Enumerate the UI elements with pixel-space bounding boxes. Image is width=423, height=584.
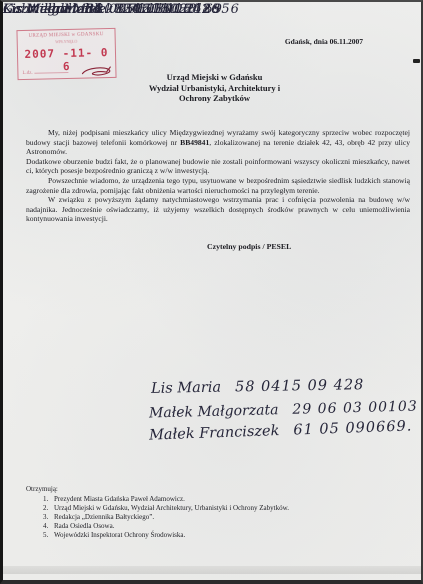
addressee-line-2: Wydział Urbanistyki, Architektury i <box>3 83 423 94</box>
signer-pesel: 54.09.0208088 <box>85 2 197 17</box>
signature-row: Małek Małgorzata29 06 03 00103 <box>149 398 418 421</box>
addressee-block: Urząd Miejski w Gdańsku Wydział Urbanist… <box>3 72 423 104</box>
distribution-item: Rada Osiedla Osowa. <box>50 522 289 531</box>
signature-row: Małek Franciszek61 05 090669. <box>149 418 413 443</box>
letter-dateline: Gdańsk, dnia 06.11.2007 <box>285 37 363 46</box>
signer-pesel: 61 05 090669. <box>293 418 413 438</box>
body-paragraph-4: W związku z powyższym żądamy natychmiast… <box>26 195 410 224</box>
body-paragraph-3: Powszechnie wiadomo, że urządzenia tego … <box>26 176 410 195</box>
signature-row: Lis Wiktor54.09.0208088 <box>3 2 197 17</box>
signature-row: Lis Maria58 0415 09 428 <box>151 377 365 397</box>
distribution-item: Prezydent Miasta Gdańska Paweł Adamowicz… <box>50 495 289 504</box>
addressee-line-3: Ochrony Zabytków <box>3 93 423 104</box>
signer-pesel: 29 06 03 00103 <box>292 398 418 417</box>
stamp-received-label: WPŁYNĘŁO <box>18 38 115 45</box>
signer-pesel: 58 0415 09 428 <box>235 377 365 395</box>
distribution-heading: Otrzymują: <box>26 485 289 494</box>
signer-name: Lis Maria <box>151 380 221 397</box>
scan-bottom-shadow <box>3 566 421 574</box>
distribution-list: Otrzymują: Prezydent Miasta Gdańska Pawe… <box>26 485 289 540</box>
station-number: BB49841 <box>180 138 209 147</box>
distribution-items: Prezydent Miasta Gdańska Paweł Adamowicz… <box>26 495 289 540</box>
signer-name: Małek Małgorzata <box>149 402 279 421</box>
addressee-line-1: Urząd Miejski w Gdańsku <box>3 72 423 83</box>
distribution-item: Urząd Miejski w Gdańsku, Wydział Archite… <box>50 504 289 513</box>
scanned-letter-page: URZĄD MIEJSKI w GDAŃSKU WPŁYNĘŁO 2007 -1… <box>0 0 423 584</box>
distribution-item: Wojewódzki Inspektorat Ochrony Środowisk… <box>50 531 289 540</box>
body-paragraph-1: My, niżej podpisani mieszkańcy ulicy Mię… <box>26 128 410 157</box>
letter-body: My, niżej podpisani mieszkańcy ulicy Mię… <box>26 128 410 224</box>
scan-edge-artifact <box>413 59 420 63</box>
body-paragraph-2: Dodatkowe oburzenie budzi fakt, że o pla… <box>26 157 410 176</box>
distribution-item: Redakcja „Dziennika Bałtyckiego”. <box>50 513 289 522</box>
signature-column-heading: Czytelny podpis / PESEL <box>207 242 291 251</box>
signer-name: Małek Franciszek <box>149 423 280 444</box>
signer-name: Lis Wiktor <box>3 2 71 17</box>
